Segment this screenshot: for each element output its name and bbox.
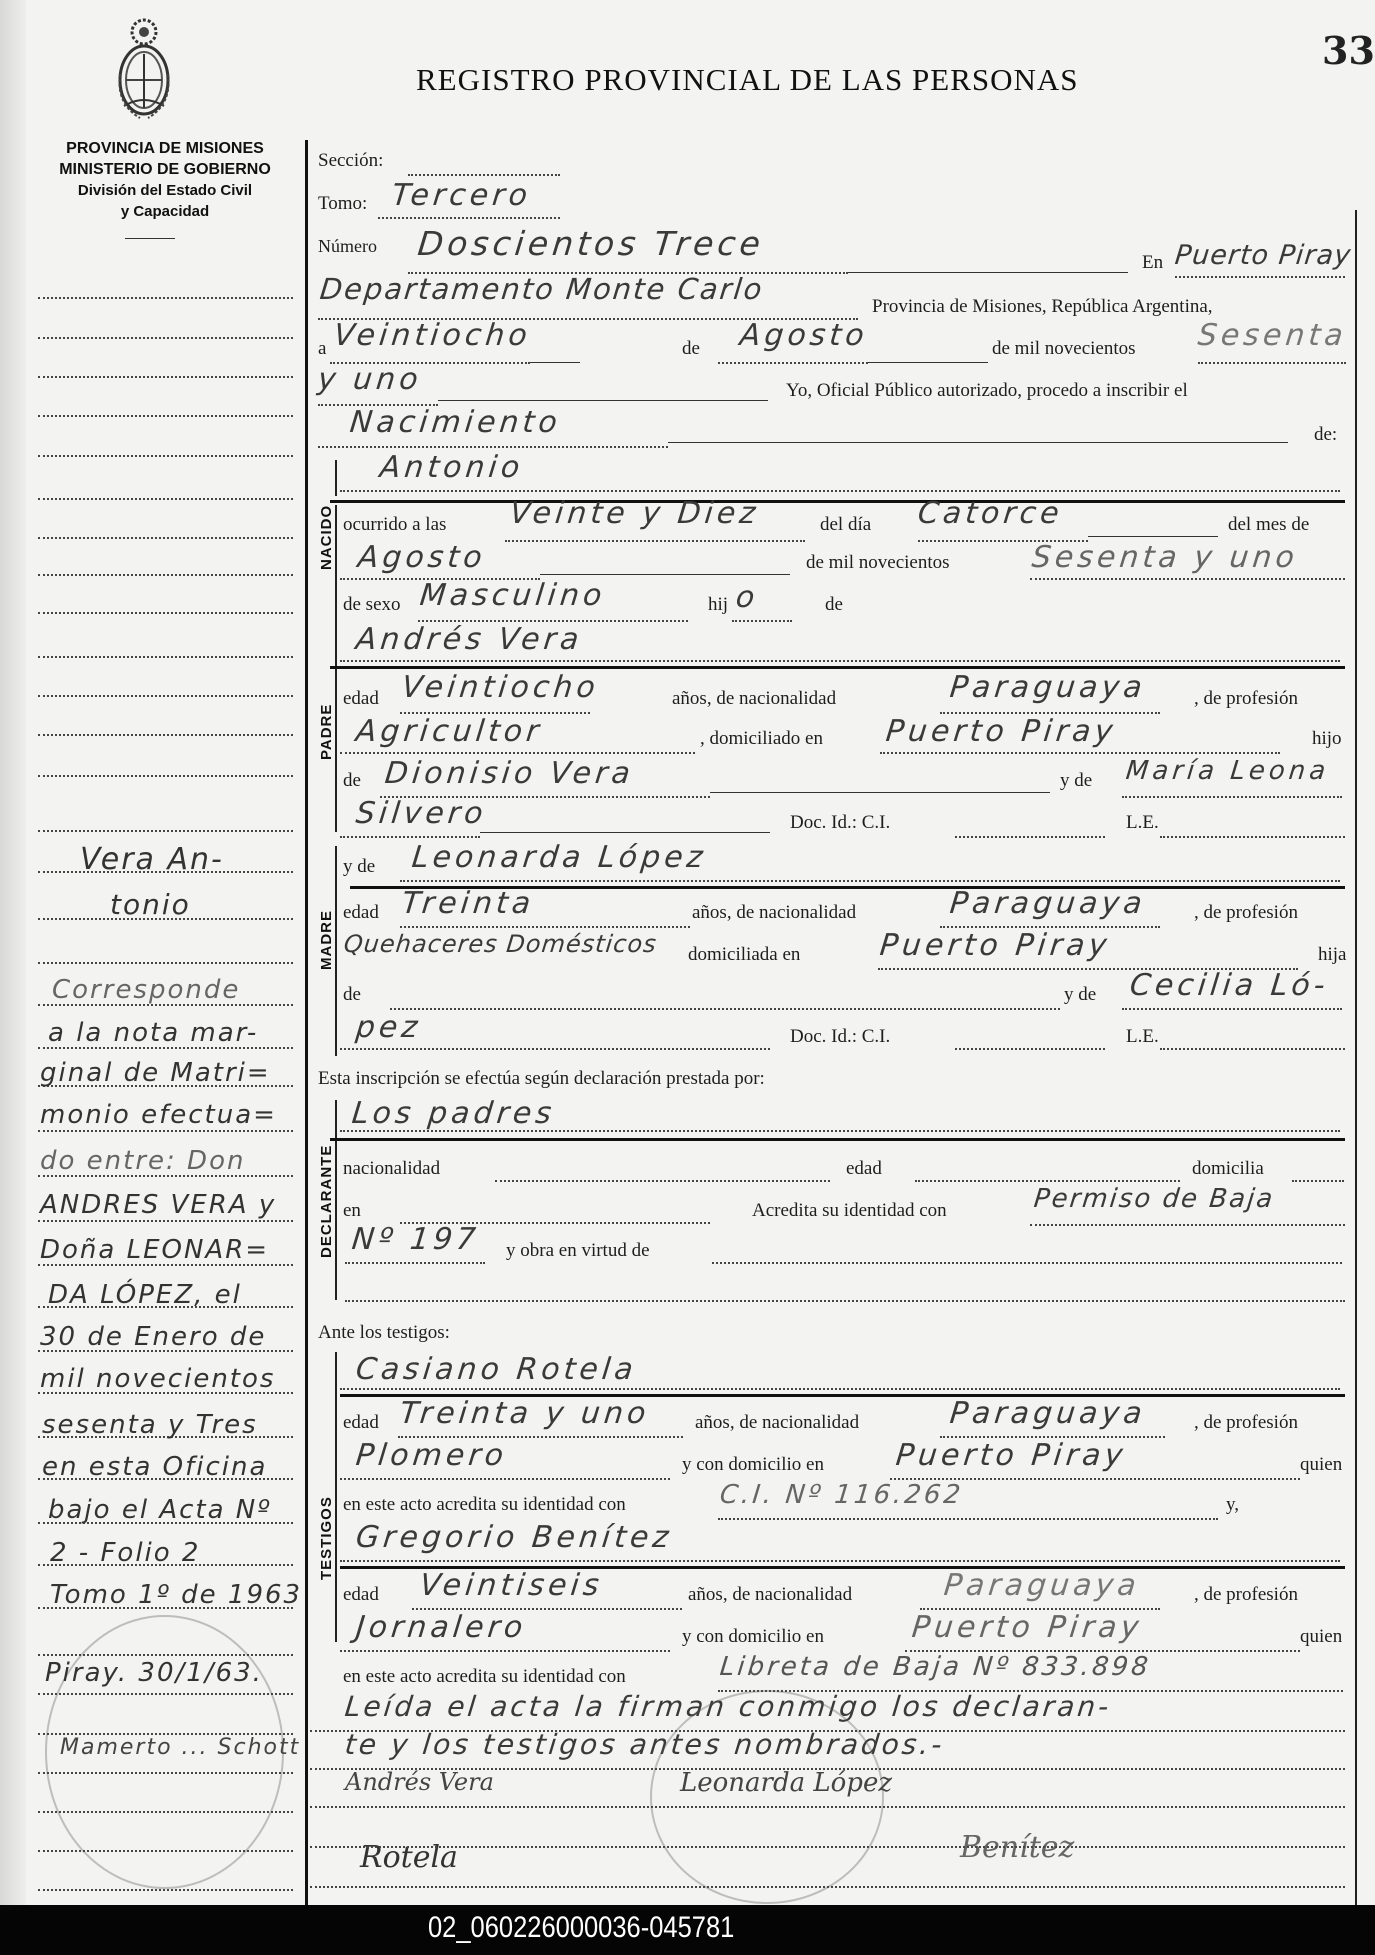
numero-fill-line xyxy=(848,272,1128,273)
testigo-2-acredita-label: en este acto acredita su identidad con xyxy=(343,1666,626,1688)
testigo-2-profesion-label: , de profesión xyxy=(1194,1584,1298,1606)
padre-le-field[interactable] xyxy=(1160,836,1345,838)
hij-value: o xyxy=(734,580,760,615)
testigo-2-domicilio: Puerto Piray xyxy=(910,1610,1144,1645)
declarante-nacionalidad-field[interactable] xyxy=(495,1180,830,1182)
madre-le-field[interactable] xyxy=(1160,1048,1345,1050)
nombre-bracket xyxy=(335,460,337,496)
testigos-section-label: TESTIGOS xyxy=(318,1496,335,1580)
margin-line-10: Doña LEONAR= xyxy=(40,1235,269,1265)
testigo-1-edad-label: edad xyxy=(343,1412,379,1434)
margin-line-8: do entre: Don xyxy=(40,1146,245,1176)
madre-section-label: MADRE xyxy=(318,910,335,970)
padre-y-de-label: y de xyxy=(1060,770,1092,792)
mes-fill-line xyxy=(868,362,988,363)
testigos-intro: Ante los testigos: xyxy=(318,1322,450,1344)
declarante-en-label: en xyxy=(343,1200,361,1222)
testigo-1-domicilio: Puerto Piray xyxy=(894,1438,1128,1473)
madre-domicilio-label: domiciliada en xyxy=(688,944,800,966)
margin-line-16: bajo el Acta Nº xyxy=(48,1495,272,1525)
padre-edad-value: Veintiocho xyxy=(400,670,601,705)
padre-madre-value-1: María Leona xyxy=(1124,756,1330,786)
madre-y-de-label: y de xyxy=(343,856,375,878)
margin-line-11: DA LÓPEZ, el xyxy=(48,1280,242,1310)
declarante-edad-label: edad xyxy=(846,1158,882,1180)
testigo-1-nacionalidad: Paraguaya xyxy=(948,1396,1147,1431)
testigo-1-y-label: y, xyxy=(1226,1494,1239,1516)
madre-domicilio-value: Puerto Piray xyxy=(878,928,1112,963)
declarante-bracket xyxy=(335,1100,337,1300)
padre-domicilio-field[interactable] xyxy=(880,752,1280,754)
anio-fill-line xyxy=(438,400,768,401)
madre-le-label: L.E. xyxy=(1126,1026,1159,1048)
tomo-label: Tomo: xyxy=(318,193,367,215)
a-label: a xyxy=(318,338,326,360)
dia-nac-value: Catorce xyxy=(916,496,1064,531)
hora-field[interactable] xyxy=(505,540,805,542)
margin-line-19: Piray. 30/1/63. xyxy=(45,1658,263,1688)
testigo-2-quien-label: quien xyxy=(1300,1626,1342,1648)
testigo-1-profesion-label: , de profesión xyxy=(1194,1412,1298,1434)
testigo-2-edad: Veintiseis xyxy=(418,1568,604,1603)
mes-field[interactable] xyxy=(718,362,868,364)
madre-edad-value: Treinta xyxy=(400,886,536,921)
testigo-1-edad: Treinta y uno xyxy=(398,1396,651,1431)
mes-nac-fill xyxy=(540,574,790,575)
document-title: REGISTRO PROVINCIAL DE LAS PERSONAS xyxy=(416,62,1079,98)
nombre-underline xyxy=(330,500,1345,503)
padre-de-padre-value: Dionisio Vera xyxy=(383,756,636,791)
dia-nac-fill xyxy=(1088,536,1218,537)
padre-underline xyxy=(330,666,1345,669)
padre-profesion-value: Agricultor xyxy=(354,714,544,749)
padre-de-label: de xyxy=(343,770,361,792)
madre-ci-field[interactable] xyxy=(955,1048,1105,1050)
declarante-nombre-field[interactable] xyxy=(340,1130,1340,1132)
madre-hija-label: hija xyxy=(1318,944,1347,966)
testigo-1-acredita-field[interactable] xyxy=(718,1518,1218,1520)
anio-value-2: y uno xyxy=(316,362,423,397)
tomo-field[interactable] xyxy=(378,217,560,219)
acto-value: Nacimiento xyxy=(348,405,562,440)
anio-field-1[interactable] xyxy=(1198,362,1346,364)
margin-line-13: mil novecientos xyxy=(40,1364,275,1394)
declarante-nombre-value: Los padres xyxy=(350,1096,557,1131)
en-field[interactable] xyxy=(1175,276,1345,278)
testigo-2-domicilio-label: y con domicilio en xyxy=(682,1626,824,1648)
anio-nac-label: de mil novecientos xyxy=(806,552,950,574)
padre-de-padre-fill xyxy=(710,792,1050,793)
margin-line-5: a la nota mar- xyxy=(48,1018,258,1048)
padre-le-label: L.E. xyxy=(1126,812,1159,834)
tomo-value: Tercero xyxy=(390,178,533,213)
de-colon: de: xyxy=(1314,424,1337,446)
main-column-divider xyxy=(305,140,308,1905)
page-edge-shadow xyxy=(0,0,26,1905)
anio-value-1: Sesenta xyxy=(1196,318,1348,353)
hora-value: Veinte y Diez xyxy=(508,496,761,531)
madre-madre-value-2: pez xyxy=(354,1010,423,1045)
sexo-label: de sexo xyxy=(343,594,401,616)
testigo-1-quien-label: quien xyxy=(1300,1454,1342,1476)
right-border xyxy=(1355,210,1357,1905)
padre-madre-field-2[interactable] xyxy=(340,836,480,838)
testigos-bracket xyxy=(335,1352,337,1642)
nacido-section-label: NACIDO xyxy=(318,505,335,570)
issuer-underline xyxy=(125,238,175,239)
nacido-bracket xyxy=(335,505,337,635)
madre-edad-label: edad xyxy=(343,902,379,924)
anio-label: de mil novecientos xyxy=(992,338,1136,360)
margin-line-4: Corresponde xyxy=(52,975,240,1005)
testigo-2-acredita: Libreta de Baja Nº 833.898 xyxy=(718,1652,1152,1682)
madre-bracket xyxy=(335,846,337,1056)
declarante-domicilia-field[interactable] xyxy=(1292,1180,1344,1182)
testigo-1-acredita-label: en este acto acredita su identidad con xyxy=(343,1494,626,1516)
margin-line-14: sesenta y Tres xyxy=(42,1410,258,1440)
declarante-domicilia-label: domicilia xyxy=(1192,1158,1264,1180)
testigo-2-profesion: Jornalero xyxy=(354,1610,528,1645)
mes-value: Agosto xyxy=(738,318,869,353)
testigo-1-nombre-field[interactable] xyxy=(340,1388,1340,1390)
padre-domicilio-label: , domiciliado en xyxy=(700,728,823,750)
padre-profesion-label: , de profesión xyxy=(1194,688,1298,710)
madre-profesion-label: , de profesión xyxy=(1194,902,1298,924)
padre-madre-fill xyxy=(480,832,770,833)
padre-hijo-label: hijo xyxy=(1312,728,1342,750)
declarante-nacionalidad-label: nacionalidad xyxy=(343,1158,440,1180)
margin-line-1: Vera An- xyxy=(80,842,224,877)
testigo-1-profesion: Plomero xyxy=(354,1438,509,1473)
testigo-1-profesion-field[interactable] xyxy=(340,1478,670,1480)
hij-label: hij xyxy=(708,594,728,616)
declarante-acredita-field-1[interactable] xyxy=(1030,1224,1345,1226)
testigo-1-domicilio-label: y con domicilio en xyxy=(682,1454,824,1476)
en-label: En xyxy=(1142,252,1163,274)
departamento-value: Departamento Monte Carlo xyxy=(318,272,765,306)
madre-profesion-value: Quehaceres Domésticos xyxy=(343,930,659,958)
hij-field[interactable] xyxy=(732,620,792,622)
dia-value: Veintiocho xyxy=(332,318,533,353)
barcode-id: 02_060226000036-045781 xyxy=(428,1911,734,1945)
nacido-de-label: de xyxy=(825,594,843,616)
padre-profesion-field[interactable] xyxy=(340,752,695,754)
acto-field[interactable] xyxy=(318,446,668,448)
madre-de-label: de xyxy=(343,984,361,1006)
nombre-field[interactable] xyxy=(340,490,1340,492)
declarante-intro: Esta inscripción se efectúa según declar… xyxy=(318,1068,765,1090)
testigo-1-nacionalidad-label: años, de nacionalidad xyxy=(695,1412,859,1434)
provincia-text: Provincia de Misiones, República Argenti… xyxy=(872,296,1213,318)
ocurrido-label: ocurrido a las xyxy=(343,514,446,536)
madre-madre-field-1[interactable] xyxy=(1122,1008,1342,1010)
anio-nac-value: Sesenta y uno xyxy=(1030,540,1300,575)
madre-y-de-label-2: y de xyxy=(1064,984,1096,1006)
declarante-edad-field[interactable] xyxy=(915,1180,1180,1182)
madre-madre-field-2[interactable] xyxy=(340,1048,770,1050)
madre-madre-value-1: Cecilia Ló- xyxy=(1128,968,1330,1003)
declarante-acredita-label: Acredita su identidad con xyxy=(752,1200,947,1222)
madre-doc-label: Doc. Id.: C.I. xyxy=(790,1026,890,1048)
declarante-acredita-field-2[interactable] xyxy=(345,1262,485,1264)
sexo-value: Masculino xyxy=(418,578,607,613)
margin-line-18: Tomo 1º de 1963 xyxy=(50,1580,302,1610)
acto-fill-line xyxy=(668,442,1288,443)
footer-strip: 02_060226000036-045781 xyxy=(0,1905,1375,1955)
margin-line-15: en esta Oficina xyxy=(42,1452,267,1482)
declarante-obra-field[interactable] xyxy=(712,1262,1342,1264)
padre-madre-value-2: Silvero xyxy=(354,796,488,831)
madre-nacionalidad-label: años, de nacionalidad xyxy=(692,902,856,924)
madre-nombre-value: Leonarda López xyxy=(410,840,708,875)
margin-signature: Mamerto ... Schott xyxy=(60,1735,300,1760)
argentine-coat-of-arms-icon xyxy=(110,14,178,126)
issuer-division: División del Estado Civil xyxy=(40,180,290,201)
testigo-2-nacionalidad-label: años, de nacionalidad xyxy=(688,1584,852,1606)
padre-nombre-value: Andrés Vera xyxy=(354,622,584,657)
testigo-1-acredita: C.I. Nº 116.262 xyxy=(718,1480,964,1510)
padre-nacionalidad-label: años, de nacionalidad xyxy=(672,688,836,710)
seccion-label: Sección: xyxy=(318,150,383,172)
signature-andres-vera: Andrés Vera xyxy=(345,1768,494,1796)
issuer-block: PROVINCIA DE MISIONES MINISTERIO DE GOBI… xyxy=(40,138,290,222)
testigo-2-profesion-field[interactable] xyxy=(340,1650,670,1652)
margin-line-12: 30 de Enero de xyxy=(40,1322,266,1352)
de-label: de xyxy=(682,338,700,360)
issuer-province: PROVINCIA DE MISIONES xyxy=(40,138,290,159)
anio-nac-field[interactable] xyxy=(1030,578,1345,580)
issuer-ministry: MINISTERIO DE GOBIERNO xyxy=(40,159,290,180)
dia-fill-line xyxy=(530,362,580,363)
seccion-field[interactable] xyxy=(408,174,560,176)
nombre-value: Antonio xyxy=(378,450,525,485)
padre-section-label: PADRE xyxy=(318,704,335,760)
testigo-1-nombre: Casiano Rotela xyxy=(354,1352,638,1387)
padre-bracket xyxy=(335,632,337,832)
margin-line-2: tonio xyxy=(110,888,191,921)
declarante-extra-line[interactable] xyxy=(345,1300,1345,1302)
padre-ci-field[interactable] xyxy=(955,836,1105,838)
padre-madre-field-1[interactable] xyxy=(1122,796,1342,798)
testigo-2-nacionalidad: Paraguaya xyxy=(942,1568,1141,1603)
en-value: Puerto Piray xyxy=(1173,240,1352,271)
issuer-division-2: y Capacidad xyxy=(40,201,290,222)
declarante-acredita-value-2: Nº 197 xyxy=(350,1222,481,1257)
declarante-obra-label: y obra en virtud de xyxy=(506,1240,650,1262)
margin-line-9: ANDRES VERA y xyxy=(40,1190,276,1220)
madre-edad-field[interactable] xyxy=(400,926,690,928)
numero-label: Número xyxy=(318,236,377,257)
padre-edad-label: edad xyxy=(343,688,379,710)
padre-doc-label: Doc. Id.: C.I. xyxy=(790,812,890,834)
declarante-section-label: DECLARANTE xyxy=(318,1145,335,1258)
padre-nombre-field[interactable] xyxy=(340,660,1340,662)
madre-padre-field[interactable] xyxy=(390,1008,1060,1010)
del-dia-label: del día xyxy=(820,514,871,536)
mes-nac-value: Agosto xyxy=(356,540,487,575)
testigo-2-nombre: Gregorio Benítez xyxy=(354,1520,674,1555)
official-seal-stamp xyxy=(650,1690,884,1904)
padre-nacionalidad-value: Paraguaya xyxy=(948,670,1147,705)
declarante-underline xyxy=(330,1138,1345,1141)
declarante-acredita-value-1: Permiso de Baja xyxy=(1032,1184,1275,1214)
page-number: 33 xyxy=(1322,28,1375,73)
margin-line-6: ginal de Matri= xyxy=(40,1058,271,1088)
oficial-text: Yo, Oficial Público autorizado, procedo … xyxy=(786,380,1188,402)
numero-value: Doscientos Trece xyxy=(416,224,766,263)
margin-line-7: monio efectua= xyxy=(40,1100,277,1130)
testigo-2-edad-label: edad xyxy=(343,1584,379,1606)
testigo-2-nombre-field[interactable] xyxy=(340,1560,1340,1562)
madre-nombre-field[interactable] xyxy=(400,880,1340,882)
margin-line-17: 2 - Folio 2 xyxy=(50,1538,200,1568)
madre-nacionalidad-value: Paraguaya xyxy=(948,886,1147,921)
padre-domicilio-value: Puerto Piray xyxy=(884,714,1118,749)
del-mes-label: del mes de xyxy=(1228,514,1309,536)
